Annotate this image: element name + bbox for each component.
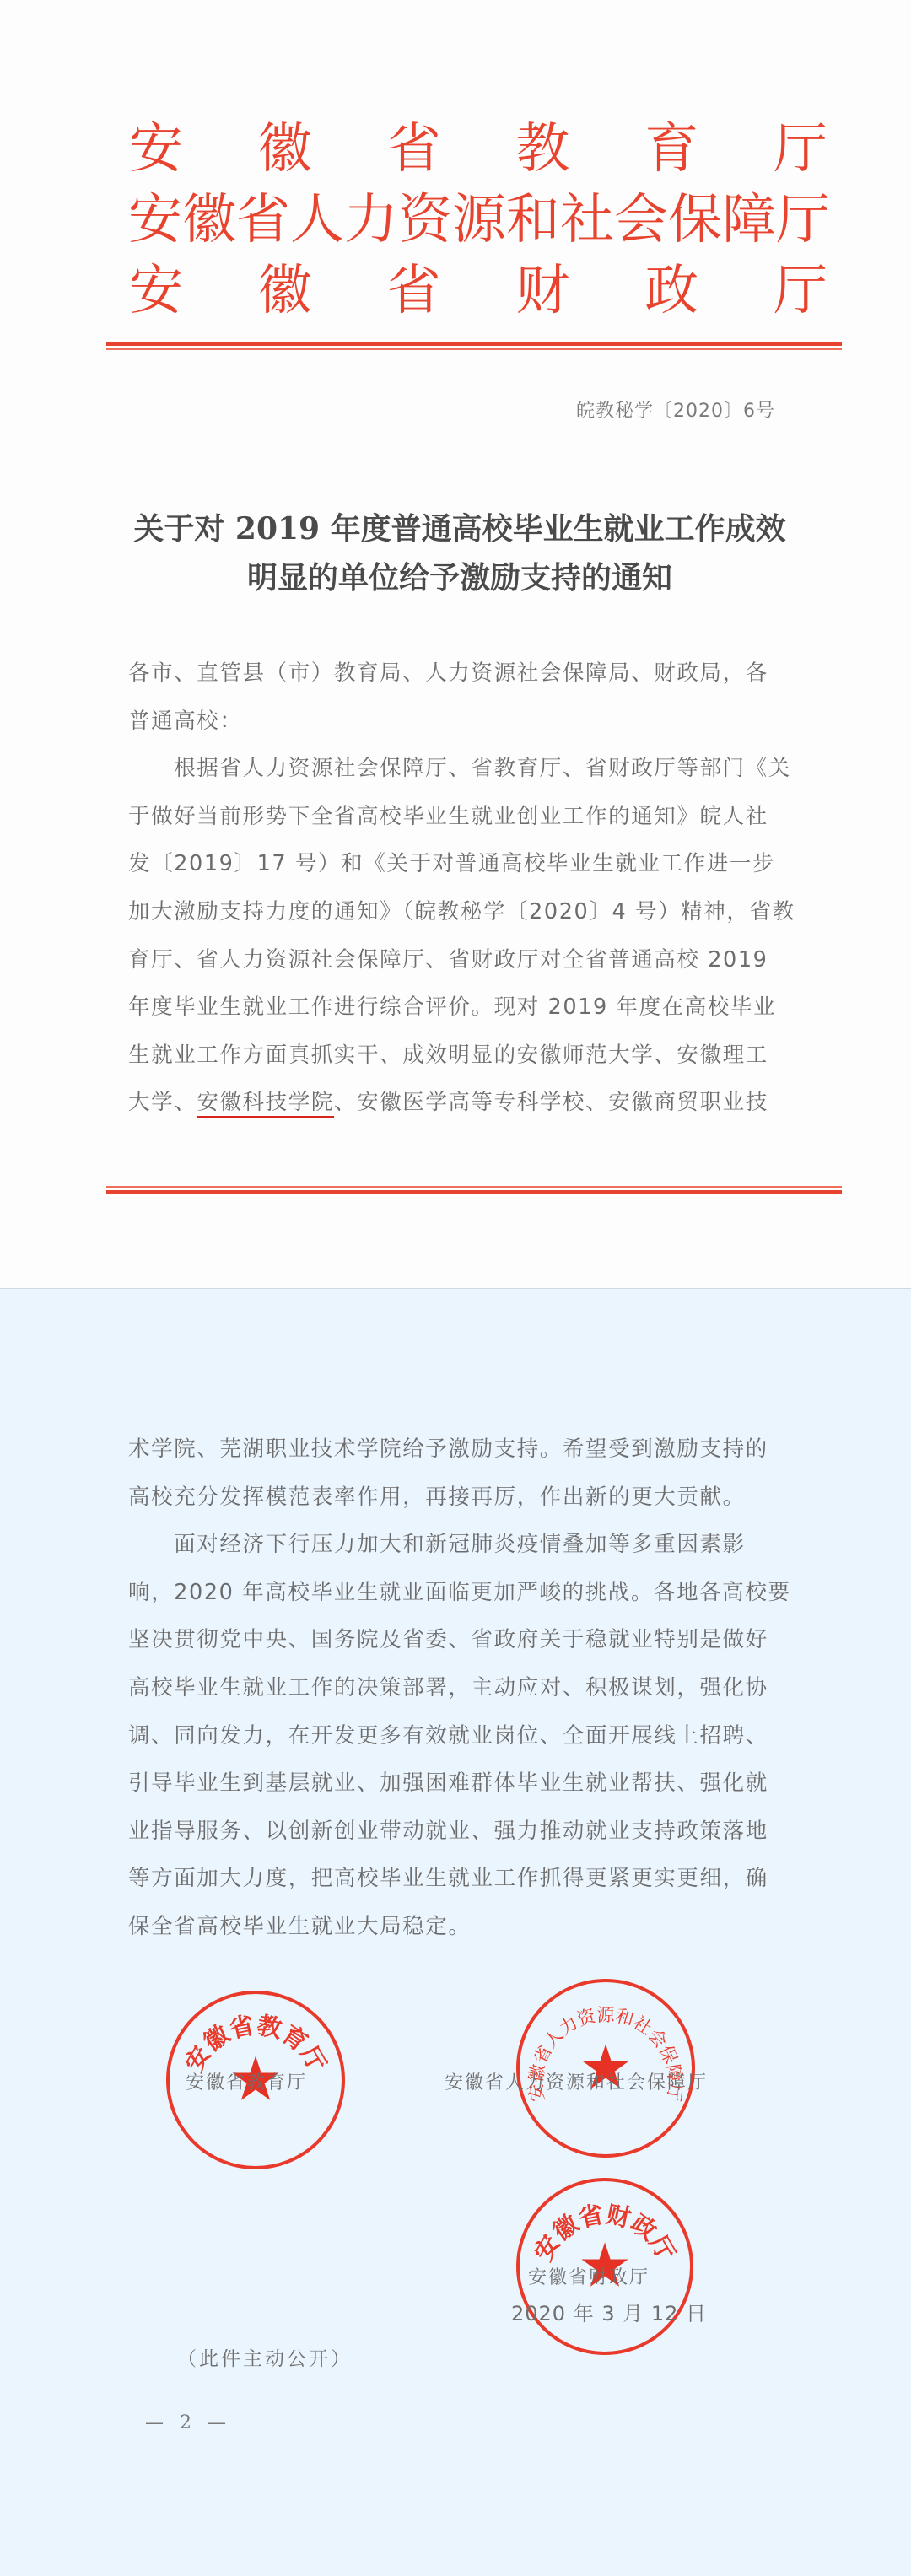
body-line: 术学院、芜湖职业技术学院给予激励支持。希望受到激励支持的 <box>128 1425 808 1474</box>
body-line: 保全省高校毕业生就业大局稳定。 <box>128 1903 808 1951</box>
text-segment: 大学、 <box>128 1090 197 1115</box>
body-line: 坚决贯彻党中央、国务院及省委、省政府关于稳就业特别是做好 <box>128 1616 808 1664</box>
header-char: 徽 <box>182 186 236 254</box>
header-char: 徽 <box>257 257 313 325</box>
body-line: 年度毕业生就业工作进行综合评价。现对 2019 年度在高校毕业 <box>128 984 808 1032</box>
separator-thick-line <box>106 1190 842 1194</box>
header-line-hrss-dept: 安 徽 省 人 力 资 源 和 社 会 保 障 厅 <box>128 186 828 254</box>
header-char: 徽 <box>257 116 313 183</box>
separator-thin-line <box>106 1186 842 1188</box>
header-char: 力 <box>344 186 398 254</box>
header-char: 保 <box>668 186 722 254</box>
issue-date: 2020 年 3 月 12 日 <box>511 2297 707 2326</box>
separator-thick-line <box>106 342 842 346</box>
signature-finance: 安徽省财政厅 <box>528 2263 650 2289</box>
document-title-line-2: 明显的单位给予激励支持的通知 <box>110 553 810 602</box>
body-line: 发〔2019〕17 号）和《关于对普通高校毕业生就业工作进一步 <box>128 840 808 888</box>
body-line: 普通高校： <box>128 698 808 746</box>
header-char: 安 <box>128 186 182 254</box>
header-char: 厅 <box>776 186 830 254</box>
header-line-finance-dept: 安 徽 省 财 政 厅 <box>128 257 828 325</box>
header-char: 会 <box>614 186 668 254</box>
header-line-education-dept: 安 徽 省 教 育 厅 <box>128 116 828 183</box>
body-text-page-2: 术学院、芜湖职业技术学院给予激励支持。希望受到激励支持的 高校充分发挥模范表率作… <box>128 1425 808 1951</box>
document-number: 皖教秘学〔2020〕6号 <box>576 396 775 423</box>
header-char: 育 <box>644 116 699 183</box>
header-char: 省 <box>386 116 442 183</box>
header-char: 财 <box>515 257 570 325</box>
body-line: 根据省人力资源社会保障厅、省教育厅、省财政厅等部门《关 <box>128 745 808 793</box>
header-char: 安 <box>128 116 184 183</box>
body-line: 响，2020 年高校毕业生就业面临更加严峻的挑战。各地各高校要 <box>128 1569 808 1617</box>
body-line: 各市、直管县（市）教育局、人力资源社会保障局、财政局，各 <box>128 649 808 698</box>
header-char: 教 <box>515 116 570 183</box>
public-disclosure-note: （此件主动公开） <box>177 2343 353 2371</box>
underlined-school-name: 安徽科技学院 <box>197 1090 334 1118</box>
header-char: 人 <box>290 186 344 254</box>
header-char: 源 <box>452 186 506 254</box>
separator-thin-line <box>106 348 842 350</box>
header-char: 省 <box>386 257 442 325</box>
header-char: 和 <box>506 186 560 254</box>
signature-education: 安徽省教育厅 <box>186 2068 307 2094</box>
header-char: 安 <box>128 257 184 325</box>
body-text-page-1: 各市、直管县（市）教育局、人力资源社会保障局、财政局，各 普通高校： 根据省人力… <box>128 649 808 1127</box>
header-separator <box>106 342 842 350</box>
document-page-1: 安 徽 省 教 育 厅 安 徽 省 人 力 资 源 和 社 会 保 障 厅 安 … <box>0 0 911 1288</box>
text-segment: 、安徽医学高等专科学校、安徽商贸职业技 <box>334 1090 768 1115</box>
body-line: 生就业工作方面真抓实干、成效明显的安徽师范大学、安徽理工 <box>128 1032 808 1080</box>
body-line-with-highlight: 大学、安徽科技学院、安徽医学高等专科学校、安徽商贸职业技 <box>128 1079 808 1127</box>
body-line: 面对经济下行压力加大和新冠肺炎疫情叠加等多重因素影 <box>128 1521 808 1569</box>
footer-separator <box>106 1186 842 1194</box>
signature-hrss: 安徽省人力资源和社会保障厅 <box>445 2068 708 2094</box>
header-char: 社 <box>560 186 614 254</box>
body-line: 高校充分发挥模范表率作用，再接再厉，作出新的更大贡献。 <box>128 1474 808 1522</box>
header-char: 政 <box>644 257 699 325</box>
body-line: 引导毕业生到基层就业、加强困难群体毕业生就业帮扶、强化就 <box>128 1760 808 1808</box>
body-line: 业指导服务、以创新创业带动就业、强力推动就业支持政策落地 <box>128 1808 808 1856</box>
header-char: 厅 <box>773 257 828 325</box>
header-char: 资 <box>398 186 452 254</box>
body-line: 于做好当前形势下全省高校毕业生就业创业工作的通知》皖人社 <box>128 793 808 841</box>
header-char: 障 <box>722 186 776 254</box>
page-number: — 2 — <box>145 2412 231 2433</box>
body-line: 加大激励支持力度的通知》（皖教秘学〔2020〕4 号）精神，省教 <box>128 888 808 936</box>
body-line: 调、同向发力，在开发更多有效就业岗位、全面开展线上招聘、 <box>128 1712 808 1760</box>
body-line: 等方面加大力度，把高校毕业生就业工作抓得更紧更实更细，确 <box>128 1855 808 1903</box>
body-line: 育厅、省人力资源社会保障厅、省财政厅对全省普通高校 2019 <box>128 936 808 984</box>
body-line: 高校毕业生就业工作的决策部署，主动应对、积极谋划，强化协 <box>128 1664 808 1712</box>
header-char: 厅 <box>773 116 828 183</box>
header-char: 省 <box>236 186 290 254</box>
document-title-line-1: 关于对 2019 年度普通高校毕业生就业工作成效 <box>110 504 810 553</box>
